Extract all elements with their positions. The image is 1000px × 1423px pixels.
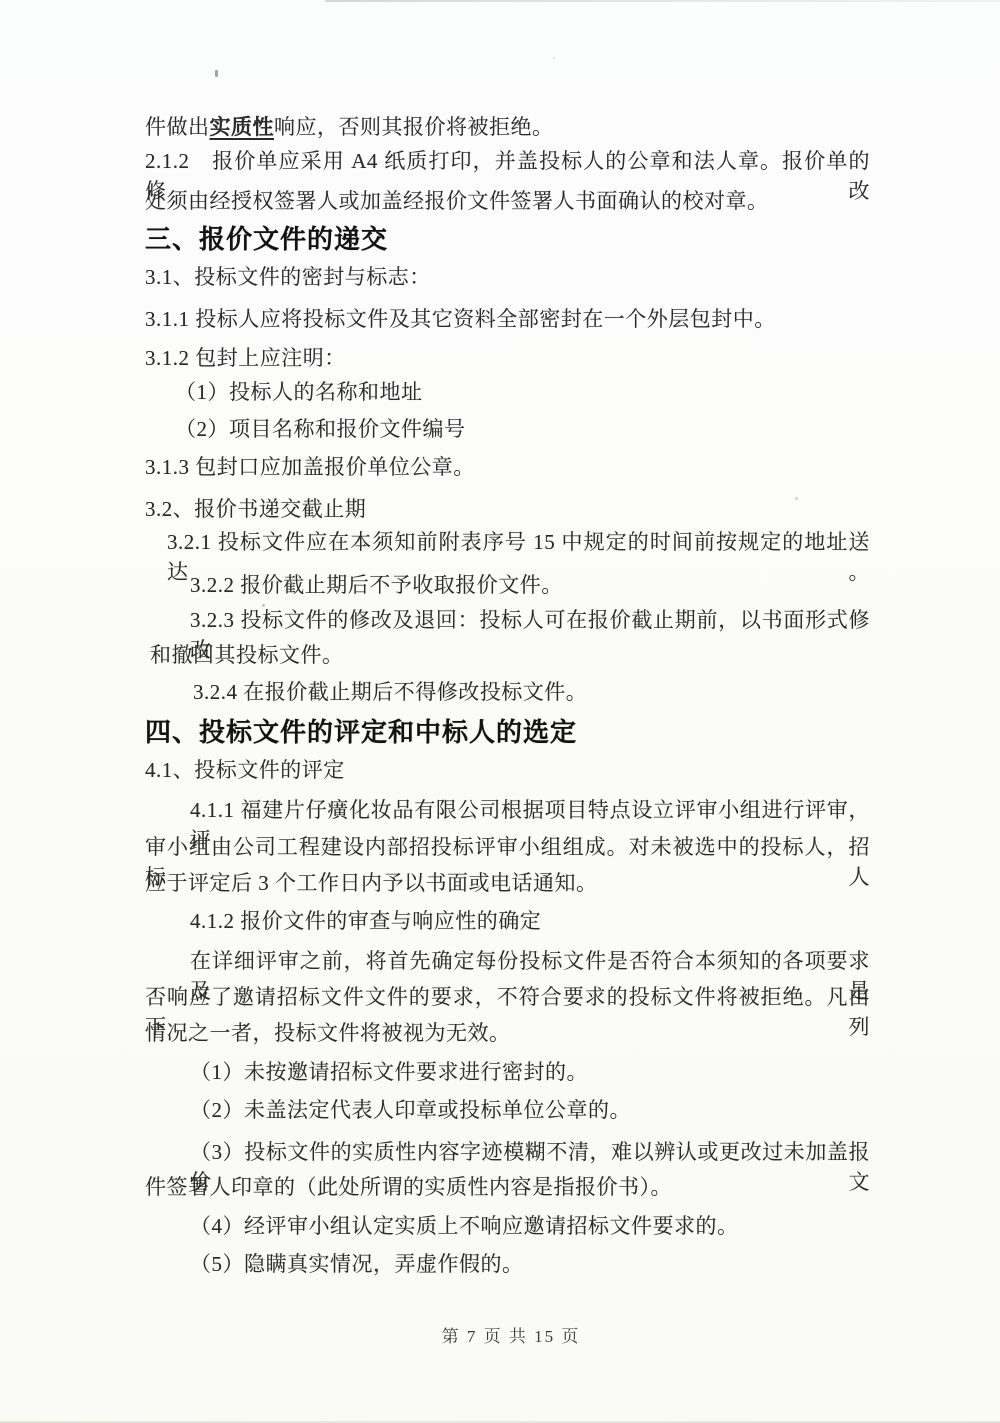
text-segment: （4）经评审小组认定实质上不响应邀请招标文件要求的。	[190, 1214, 739, 1238]
text-line: 3.1.3 包封口应加盖报价单位公章。	[145, 452, 475, 482]
text-segment: （5）隐瞒真实情况，弄虚作假的。	[190, 1252, 524, 1276]
text-segment: 响应，否则其报价将被拒绝。	[274, 115, 554, 139]
section-heading: 三、报价文件的递交	[145, 222, 388, 256]
text-line: 2.1.2 报价单应采用 A4 纸质打印，并盖投标人的公章和法人章。报价单的修改	[145, 146, 870, 176]
text-segment: 4.1、投标文件的评定	[145, 758, 345, 782]
text-segment: 3.2、报价书递交截止期	[145, 497, 366, 521]
text-segment: （2）未盖法定代表人印章或投标单位公章的。	[190, 1098, 631, 1122]
text-line: 3.1、投标文件的密封与标志：	[145, 262, 431, 292]
text-line: （2）项目名称和报价文件编号	[175, 414, 466, 444]
text-line: 应于评定后 3 个工作日内予以书面或电话通知。	[145, 868, 598, 898]
text-line: （1）未按邀请招标文件要求进行密封的。	[190, 1057, 588, 1087]
text-line: 3.2.2 报价截止期后不予收取报价文件。	[190, 570, 563, 600]
text-segment: 三、报价文件的递交	[145, 224, 388, 254]
text-segment: 3.2.2 报价截止期后不予收取报价文件。	[190, 573, 563, 597]
text-line: 4.1、投标文件的评定	[145, 755, 345, 785]
text-line: 否响应了邀请招标文件文件的要求，不符合要求的投标文件将被拒绝。凡由下列	[145, 982, 870, 1012]
text-line: （3）投标文件的实质性内容字迹模糊不清，难以辨认或更改过未加盖报价文	[190, 1137, 870, 1167]
text-segment: 情况之一者，投标文件将被视为无效。	[145, 1021, 511, 1045]
text-line: 3.1.1 投标人应将投标文件及其它资料全部密封在一个外层包封中。	[145, 304, 776, 334]
text-segment: 四、投标文件的评定和中标人的选定	[145, 717, 577, 747]
text-segment: 3.1.2 包封上应注明：	[145, 346, 346, 370]
text-line: 3.1.2 包封上应注明：	[145, 343, 346, 373]
text-line: （4）经评审小组认定实质上不响应邀请招标文件要求的。	[190, 1211, 739, 1241]
page-footer: 第 7 页 共 15 页	[0, 1322, 1000, 1347]
text-line: （5）隐瞒真实情况，弄虚作假的。	[190, 1249, 524, 1279]
text-segment: （1）未按邀请招标文件要求进行密封的。	[190, 1060, 588, 1084]
text-layer: 件做出实质性响应，否则其报价将被拒绝。2.1.2 报价单应采用 A4 纸质打印，…	[0, 0, 1000, 1423]
text-line: （1）投标人的名称和地址	[175, 377, 423, 407]
text-line: 3.2.1 投标文件应在本须知前附表序号 15 中规定的时间前按规定的地址送达。	[167, 527, 870, 557]
text-segment: 3.1、投标文件的密封与标志：	[145, 265, 431, 289]
text-line: 情况之一者，投标文件将被视为无效。	[145, 1018, 511, 1048]
text-segment: 3.1.3 包封口应加盖报价单位公章。	[145, 455, 475, 479]
text-segment: 和撤回其投标文件。	[150, 643, 344, 667]
text-line: 审小组由公司工程建设内部招投标评审小组组成。对未被选中的投标人，招标人	[145, 832, 870, 862]
text-line: 4.1.2 报价文件的审查与响应性的确定	[190, 906, 541, 936]
text-line: 3.2.3 投标文件的修改及退回：投标人可在报价截止期前，以书面形式修改	[190, 605, 870, 635]
text-line: 件做出实质性响应，否则其报价将被拒绝。	[145, 112, 554, 142]
text-line: 和撤回其投标文件。	[150, 640, 344, 670]
text-line: 3.2.4 在报价截止期后不得修改投标文件。	[193, 677, 587, 707]
underlined-emphasis-text: 实质性	[210, 115, 275, 139]
text-segment: 件签署人印章的（此处所谓的实质性内容是指报价书）。	[145, 1175, 672, 1199]
text-line: （2）未盖法定代表人印章或投标单位公章的。	[190, 1095, 631, 1125]
document-page: 件做出实质性响应，否则其报价将被拒绝。2.1.2 报价单应采用 A4 纸质打印，…	[0, 0, 1000, 1423]
text-segment: 4.1.2 报价文件的审查与响应性的确定	[190, 909, 541, 933]
text-line: 4.1.1 福建片仔癀化妆品有限公司根据项目特点设立评审小组进行评审，评	[190, 795, 870, 825]
section-heading: 四、投标文件的评定和中标人的选定	[145, 715, 577, 749]
text-segment: 3.1.1 投标人应将投标文件及其它资料全部密封在一个外层包封中。	[145, 307, 776, 331]
text-line: 处须由经授权签署人或加盖经报价文件签署人书面确认的校对章。	[145, 186, 769, 216]
text-line: 在详细评审之前，将首先确定每份投标文件是否符合本须知的各项要求及是	[190, 946, 870, 976]
text-segment: 3.2.4 在报价截止期后不得修改投标文件。	[193, 680, 587, 704]
text-segment: 处须由经授权签署人或加盖经报价文件签署人书面确认的校对章。	[145, 189, 769, 213]
text-segment: 应于评定后 3 个工作日内予以书面或电话通知。	[145, 871, 598, 895]
text-segment: （2）项目名称和报价文件编号	[175, 417, 466, 441]
text-line: 3.2、报价书递交截止期	[145, 494, 366, 524]
text-segment: 件做出	[145, 115, 210, 139]
text-line: 件签署人印章的（此处所谓的实质性内容是指报价书）。	[145, 1172, 672, 1202]
text-segment: （1）投标人的名称和地址	[175, 380, 423, 404]
